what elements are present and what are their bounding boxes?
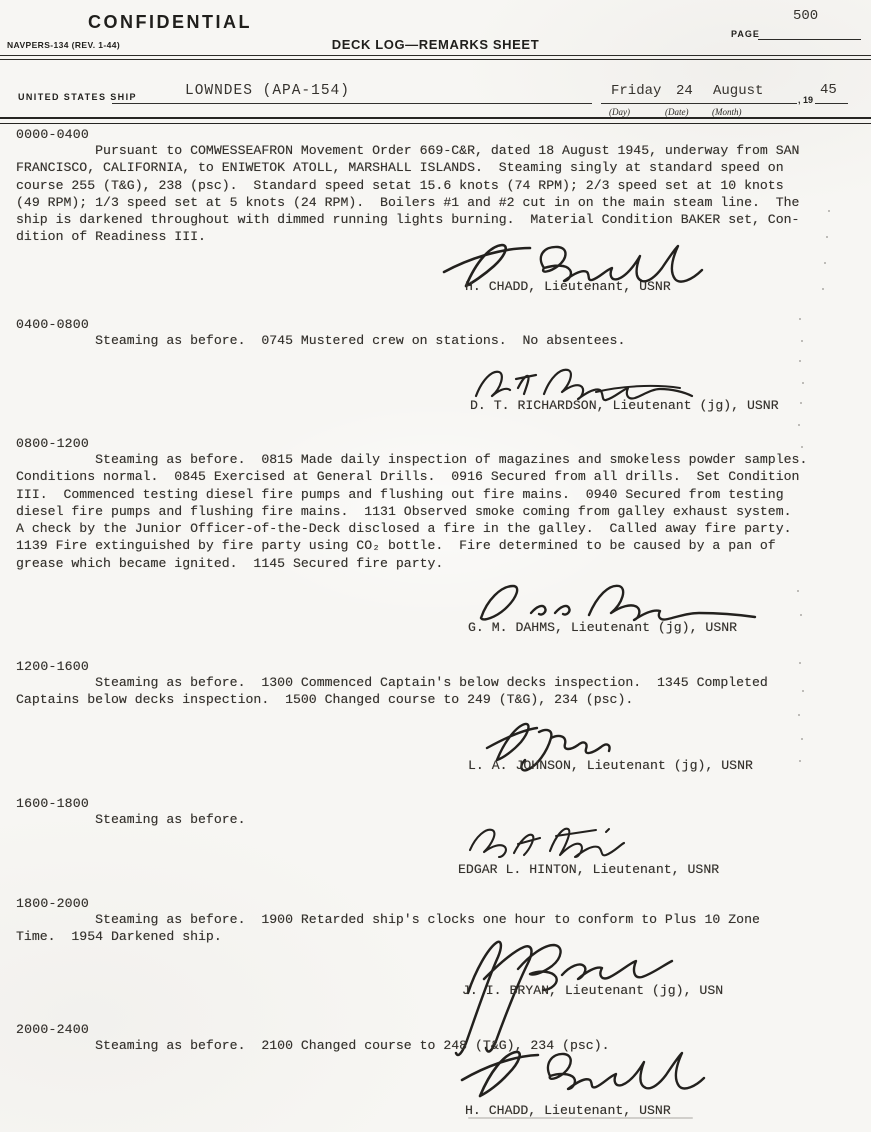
watch-period: 2000-2400 xyxy=(16,1022,856,1037)
date-rule xyxy=(601,103,797,104)
log-entry-1800-2000: 1800-2000 Steaming as before. 1900 Retar… xyxy=(16,896,856,946)
watch-period: 0800-1200 xyxy=(16,436,856,451)
log-text-line: Steaming as before. 1900 Retarded ship's… xyxy=(16,911,856,928)
day-caption: (Day) xyxy=(609,107,630,117)
watch-period: 1800-2000 xyxy=(16,896,856,911)
log-text-line: 1139 Fire extinguished by fire party usi… xyxy=(16,537,856,554)
typed-signature: H. CHADD, Lieutenant, USNR xyxy=(465,279,671,294)
typed-signature: EDGAR L. HINTON, Lieutenant, USNR xyxy=(458,862,719,877)
typed-signature: L. A. JOHNSON, Lieutenant (jg), USNR xyxy=(468,758,753,773)
log-entry-0800-1200: 0800-1200 Steaming as before. 0815 Made … xyxy=(16,436,856,572)
log-text-line: Time. 1954 Darkened ship. xyxy=(16,928,856,945)
log-text-line: Steaming as before. 2100 Changed course … xyxy=(16,1037,856,1054)
year-value: 45 xyxy=(820,82,837,98)
log-text-line: ship is darkened throughout with dimmed … xyxy=(16,211,856,228)
watch-period: 1200-1600 xyxy=(16,659,856,674)
log-entry-0400-0800: 0400-0800 Steaming as before. 0745 Muste… xyxy=(16,317,856,349)
ship-name: LOWNDES (APA-154) xyxy=(185,83,350,99)
log-entry-1200-1600: 1200-1600 Steaming as before. 1300 Comme… xyxy=(16,659,856,709)
log-text-line: (49 RPM); 1/3 speed set at 5 knots (24 R… xyxy=(16,194,856,211)
year-rule xyxy=(815,103,848,104)
month-caption: (Month) xyxy=(712,107,742,117)
log-entry-2000-2400: 2000-2400 Steaming as before. 2100 Chang… xyxy=(16,1022,856,1054)
log-entry-1600-1800: 1600-1800 Steaming as before. xyxy=(16,796,856,828)
typed-signature: D. T. RICHARDSON, Lieutenant (jg), USNR xyxy=(470,398,779,413)
typed-signature: J. I. BRYAN, Lieutenant (jg), USN xyxy=(462,983,723,998)
date-number: 24 xyxy=(676,83,693,99)
watch-period: 0000-0400 xyxy=(16,127,856,142)
year-prefix: , 19 xyxy=(798,95,813,105)
header-double-rule xyxy=(0,55,871,60)
log-text-line: Steaming as before. 1300 Commenced Capta… xyxy=(16,674,856,691)
log-text-line: grease which became ignited. 1145 Secure… xyxy=(16,555,856,572)
signature-edgar-l-hinton xyxy=(458,822,628,862)
typed-signature: H. CHADD, Lieutenant, USNR xyxy=(465,1103,671,1118)
log-text-line: Conditions normal. 0845 Exercised at Gen… xyxy=(16,468,856,485)
log-text-line: course 255 (T&G), 238 (psc). Standard sp… xyxy=(16,177,856,194)
page-number: 500 xyxy=(793,8,818,24)
deck-log-remarks-sheet: CONFIDENTIAL PAGE 500 NAVPERS-134 (REV. … xyxy=(0,0,871,1132)
log-text-line: diesel fire pumps and flushing fire main… xyxy=(16,503,856,520)
classification-stamp: CONFIDENTIAL xyxy=(88,12,252,33)
log-text-line: Steaming as before. 0745 Mustered crew o… xyxy=(16,332,856,349)
scan-artifact-smudge xyxy=(468,1117,693,1119)
log-text-line: FRANCISCO, CALIFORNIA, to ENIWETOK ATOLL… xyxy=(16,159,856,176)
watch-period: 1600-1800 xyxy=(16,796,856,811)
date-day: Friday xyxy=(611,83,661,99)
ship-name-rule xyxy=(112,103,592,104)
date-caption: (Date) xyxy=(665,107,689,117)
header-heavy-rule xyxy=(0,117,871,124)
date-month: August xyxy=(713,83,763,99)
signature-h-chadd-2 xyxy=(452,1048,712,1100)
log-text-line: A check by the Junior Officer-of-the-Dec… xyxy=(16,520,856,537)
log-text-line: Steaming as before. xyxy=(16,811,856,828)
log-text-line: Captains below decks inspection. 1500 Ch… xyxy=(16,691,856,708)
log-text-line: Pursuant to COMWESSEAFRON Movement Order… xyxy=(16,142,856,159)
sheet-title: DECK LOG—REMARKS SHEET xyxy=(0,37,871,52)
log-entry-0000-0400: 0000-0400 Pursuant to COMWESSEAFRON Move… xyxy=(16,127,856,246)
log-text-line: III. Commenced testing diesel fire pumps… xyxy=(16,486,856,503)
watch-period: 0400-0800 xyxy=(16,317,856,332)
log-text-line: Steaming as before. 0815 Made daily insp… xyxy=(16,451,856,468)
typed-signature: G. M. DAHMS, Lieutenant (jg), USNR xyxy=(468,620,737,635)
ship-label: UNITED STATES SHIP xyxy=(18,92,137,102)
